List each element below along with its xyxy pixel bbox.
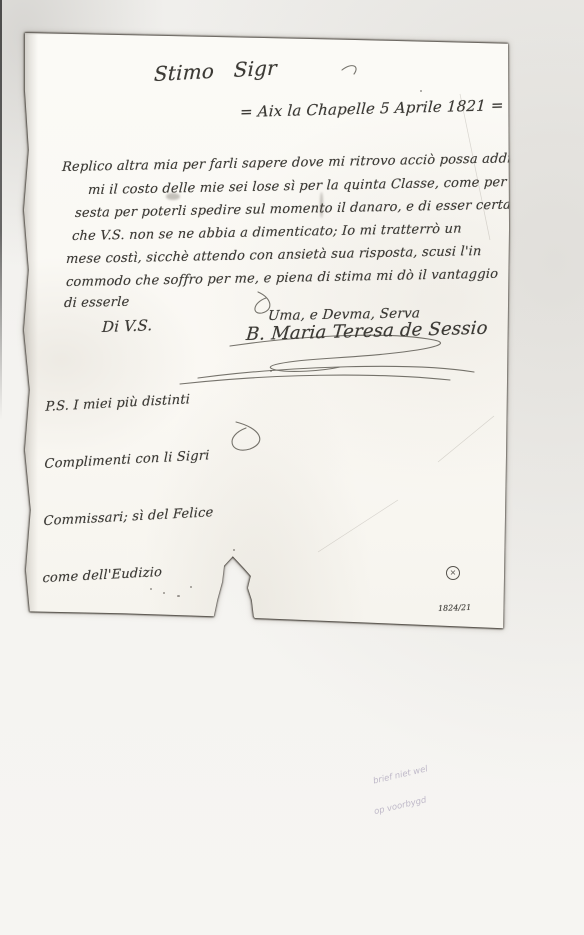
body-line: mese costì, sicchè attendo con ansietà s…: [66, 244, 482, 267]
ink-speck: [420, 90, 422, 92]
top-edge-shading: [22, 30, 510, 35]
ink-speck: [190, 586, 192, 588]
torn-edge-shading: [22, 30, 38, 630]
addressee-line: Di V.S.: [102, 316, 153, 336]
letter-dateline: = Aix la Chapelle 5 Aprile 1821 =: [239, 96, 504, 121]
signature-flourish: [198, 366, 474, 378]
signature-flourish: [180, 375, 450, 384]
body-line: di esserle: [64, 295, 130, 311]
eudizio-flourish: [232, 422, 260, 450]
letter-paper: Stimo Sigr = Aix la Chapelle 5 Aprile 18…: [22, 30, 510, 630]
pencil-annotation-line: brief niet wel: [372, 764, 429, 786]
body-line: sesta per poterli spedire sul momento il…: [75, 198, 512, 221]
body-line: che V.S. non se ne abbia a dimenticato; …: [72, 222, 462, 245]
scan-edge-artifact: [0, 0, 2, 420]
postscript-line: come dell'Eudizio: [42, 560, 212, 588]
paper-crease: [438, 416, 494, 462]
circled-stamp-mark: ×: [446, 566, 460, 580]
ink-speck: [150, 588, 152, 590]
body-line: Replico altra mia per farli sapere dove …: [62, 151, 532, 175]
sigr-curl: [342, 66, 356, 74]
postscript-block: P.S. I miei più distinti Complimenti con…: [42, 351, 217, 627]
ink-speck: [163, 592, 165, 594]
body-line: mi il costo delle mie sei lose sì per la…: [88, 175, 524, 198]
archive-number: 1824/21: [438, 603, 472, 613]
ink-smudge: [166, 193, 180, 200]
paper-crease: [318, 500, 398, 552]
letter-salutation: Stimo Sigr: [154, 56, 278, 87]
letter-paper-wrap: Stimo Sigr = Aix la Chapelle 5 Aprile 18…: [22, 30, 510, 630]
postscript-line: Commissari; sì del Felice: [43, 503, 213, 531]
ink-speck: [356, 188, 358, 190]
postscript-line: P.S. I miei più distinti: [45, 389, 215, 417]
scanned-letter-page: Stimo Sigr = Aix la Chapelle 5 Aprile 18…: [0, 0, 584, 935]
ink-speck: [177, 595, 180, 597]
ink-speck: [270, 370, 272, 372]
pencil-annotation: brief niet wel op voorbygd: [368, 745, 440, 835]
pencil-annotation-line: op voorbygd: [373, 793, 435, 817]
postscript-line: Complimenti con li Sigri: [44, 446, 214, 474]
ink-smudge: [320, 192, 323, 218]
body-line: commodo che soffro per me, e piena di st…: [66, 267, 499, 290]
ink-speck: [233, 549, 235, 551]
